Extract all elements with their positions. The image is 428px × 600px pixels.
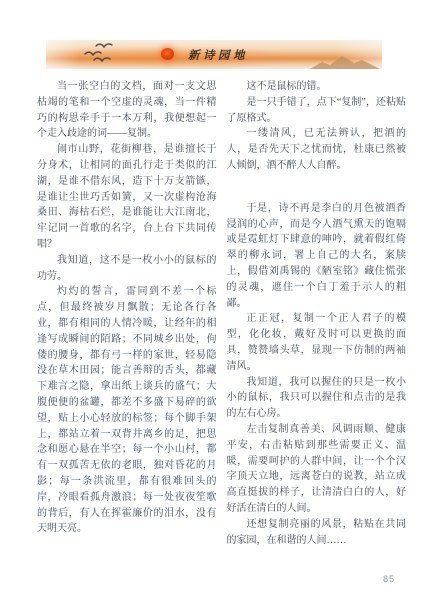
paragraph: 还想复制亮丽的风景，粘贴在共同的家园，在和谐的人间…… [227, 517, 407, 549]
magazine-page: 新诗园地 当一张空白的文档，面对一支文思枯竭的笔和一个空虚的灵魂，当一件精巧的构… [0, 0, 428, 600]
paragraph: 闹市山野，花街柳巷，是谁擅长于分身术，让相同的面孔行走于类似的江湖，是谁不借东风… [37, 142, 217, 253]
crane-birds-icon [82, 42, 118, 66]
paragraph: 一缕清风，已无法辨认，把酒的人，是否先天下之忧而忧，杜康已然被人倾倒，酒不醉人人… [227, 126, 407, 173]
paragraph: 我知道，这不是一枚小小的鼠标的功劳。 [37, 253, 217, 285]
header-banner: 新诗园地 [46, 40, 382, 69]
paragraph: 这不是鼠标的错。 [227, 79, 407, 95]
section-title: 新诗园地 [188, 47, 248, 63]
text-column-left: 当一张空白的文档，面对一支文思枯竭的笔和一个空虚的灵魂，当一件精巧的构思牵手于一… [37, 79, 217, 548]
mountain-icon [310, 53, 380, 69]
paragraph: 是一只手错了，点下“复制”，还粘贴了原格式。 [227, 95, 407, 127]
paragraph: 左击复制真善美、风调雨顺、健康平安，右击粘贴到那些需要正义、温暖，需要呵护的人群… [227, 422, 407, 517]
sun-icon [161, 48, 174, 60]
paragraph: 灼灼的誓言，雷同到不差一个标点，但最终被岁月飘散；无论各行各业，都有相同的人情冷… [37, 284, 217, 537]
text-column-right: 这不是鼠标的错。是一只手错了，点下“复制”，还粘贴了原格式。一缕清风，已无法辨认… [227, 79, 407, 548]
article-body: 当一张空白的文档，面对一支文思枯竭的笔和一个空虚的灵魂，当一件精巧的构思牵手于一… [37, 79, 406, 548]
paragraph: 我知道，我可以握住的只是一枚小小的鼠标，我只可以握住和点击的是我的左右心房。 [227, 375, 407, 422]
paragraph: 正正冠，复制一个正人君子的模型，化化妆，戴好及时可以更换的面具，赞赞墙头草，显现… [227, 311, 407, 374]
paragraph: 于是，诗不再是李白的月色被酒香浸润的心声，而是今人酒气熏天的饱嗝或是霓虹灯下肆意… [227, 201, 407, 312]
paragraph: 当一张空白的文档，面对一支文思枯竭的笔和一个空虚的灵魂，当一件精巧的构思牵手于一… [37, 79, 217, 142]
page-number: 85 [383, 574, 395, 584]
